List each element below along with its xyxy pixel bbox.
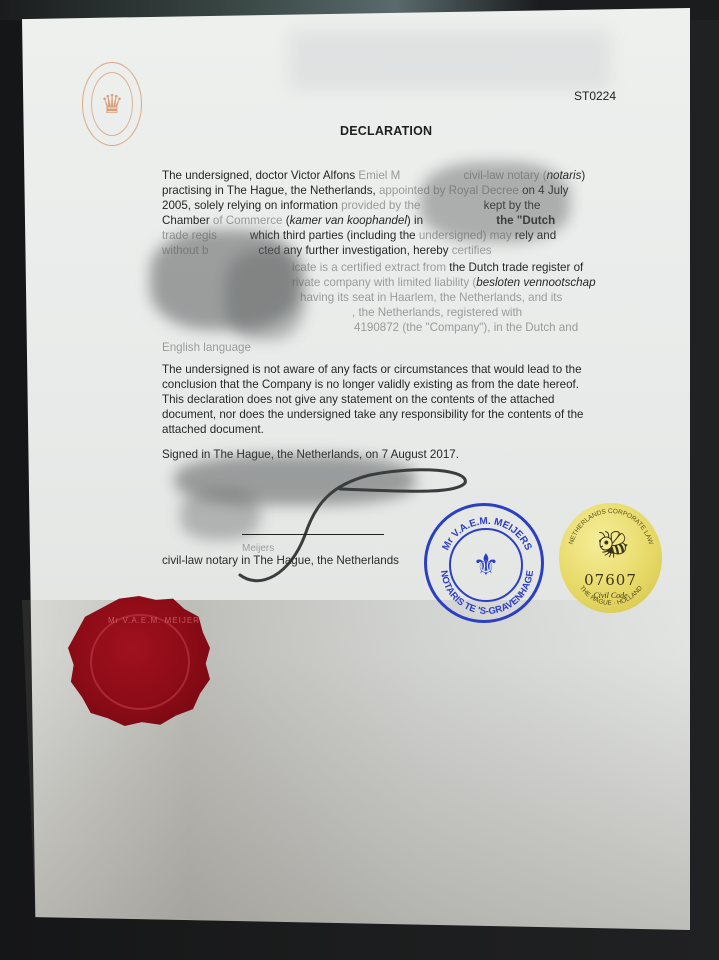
seal-ring <box>90 614 190 710</box>
paragraph-awareness: The undersigned is not aware of any fact… <box>162 362 584 437</box>
text-line: 4190872 (the "Company"), in the Dutch an… <box>292 320 596 335</box>
redaction <box>420 162 570 242</box>
sticker-subtitle: Civil Code <box>559 591 662 600</box>
paragraph-certificate: icate is a certified extract from the Du… <box>292 260 596 335</box>
text-line: rivate company with limited liability (b… <box>292 275 596 290</box>
show-through-text <box>290 30 610 90</box>
text-fragment: English language <box>162 340 251 355</box>
redaction <box>225 250 305 340</box>
sticker-number: 07607 <box>559 571 662 589</box>
bee-icon: 🐝︎ <box>597 529 630 560</box>
coat-of-arms-icon: ⚜ <box>449 528 523 602</box>
signature-caption: Meijers civil-law notary in The Hague, t… <box>162 543 399 567</box>
document-title: DECLARATION <box>340 124 432 138</box>
gold-corporate-law-sticker: NETHERLANDS CORPORATE LAW THE HAGUE · HO… <box>559 503 662 613</box>
red-wax-seal: Mr V.A.E.M. MEIJERS <box>68 596 210 726</box>
text-line: icate is a certified extract from the Du… <box>292 260 596 275</box>
crown-icon: ♛ <box>91 72 133 136</box>
text-line: having its seat in Haarlem, the Netherla… <box>292 290 596 305</box>
reference-number: ST0224 <box>574 89 616 103</box>
notary-stamp: Mr V.A.E.M. MEIJERS NOTARIS TE 'S-GRAVEN… <box>424 503 544 623</box>
signature-line <box>242 534 384 535</box>
text-line: , the Netherlands, registered with <box>292 305 596 320</box>
embossed-royal-stamp: ♛ <box>82 62 142 146</box>
